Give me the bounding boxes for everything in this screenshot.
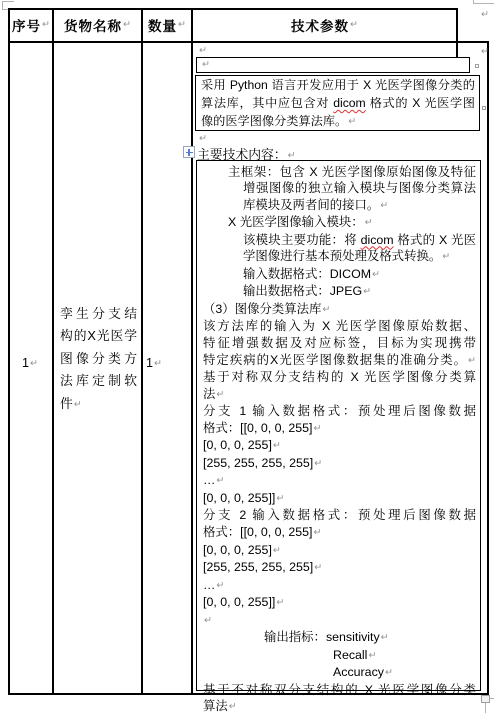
paragraph-mark: ↵ [199,45,207,56]
text-line: 像的医学图像分类算法库。↵ [201,113,475,131]
move-arrow-icon [188,149,190,156]
paragraph-mark: ↵ [348,116,356,127]
text-line: 该方法库的输入为 X 光医学图像原始数据、 [197,318,480,335]
text-line: （3）图像分类算法库↵ [197,301,480,319]
header-label: 序号 [12,15,41,35]
cell-end-mark: ↵ [178,19,186,30]
paragraph-mark: ↵ [229,701,237,712]
document-page: 序号↵ 货物名称↵ 数量↵ 技术参数↵ ↵ ↵ 1↵ 孪生分支结构的X光医学图像… [0,0,494,713]
tech-content-textbox[interactable]: 主框架：包含 X 光医学图像原始图像及特征增强图像的独立输入模块与图像分类算法库… [196,160,481,691]
intro-textbox[interactable]: 采用 Python 语言开发应用于 X 光医学图像分类的算法库，其中应包含对 d… [195,75,480,131]
paragraph-mark: ↵ [381,632,389,643]
header-label: 数量 [148,15,177,35]
paragraph-mark: ↵ [385,667,393,678]
text-line: 特定疾病的X光医学图像数据集的准确分类。↵ [197,352,480,370]
text-line: Accuracy↵ [197,664,480,682]
text-line: 输出数据格式：JPEG↵ [197,283,480,301]
paragraph-mark: ↵ [314,458,322,469]
paragraph-mark: ↵ [365,217,373,228]
text-line: [0, 0, 0, 255]]↵ [197,490,480,508]
paragraph-mark: ↵ [216,580,224,591]
cell-end-mark: ↵ [30,358,38,369]
paragraph-mark: ↵ [368,650,376,661]
handle-guide-line [490,698,494,699]
text-line: 件↵ [60,393,137,416]
cell-end-mark: ↵ [42,19,50,30]
paragraph-mark: ↵ [363,286,371,297]
paragraph-mark: ↵ [199,133,207,144]
header-cell-index: 序号↵ [10,8,52,41]
text-line: 输入数据格式：DICOM↵ [197,266,480,284]
paragraph-mark: ↵ [276,493,284,504]
cell-quantity-value: 1↵ [146,356,162,370]
cell-end-mark: ↵ [154,358,162,369]
table-border [456,8,458,57]
empty-textbox[interactable]: ↵ [196,57,470,73]
text-line: 法库定制软 [60,370,137,392]
text-line: 法↵ [197,386,480,404]
text-line: 采用 Python 语言开发应用于 X 光医学图像分类的 [201,77,475,95]
text-line: ↵ [197,612,480,630]
cell-goods-name: 孪生分支结构的X光医学图像分类方法库定制软件↵ [60,303,137,416]
row-end-mark: ↵ [481,46,489,57]
text-line: [0, 0, 0, 255]↵ [197,437,480,455]
text-line: 图像分类方 [60,348,137,370]
textbox-handle[interactable] [475,64,479,68]
header-cell-goods-name: 货物名称↵ [54,8,141,41]
header-label: 技术参数 [291,15,349,35]
text-line: 孪生分支结 [60,303,137,325]
text-line: [0, 0, 0, 255]]↵ [197,594,480,612]
paragraph-mark: ↵ [314,527,322,538]
paragraph-mark: ↵ [322,304,330,315]
move-handle-icon[interactable] [183,146,195,158]
textbox-handle[interactable] [482,106,486,110]
paragraph-mark: ↵ [273,545,281,556]
paragraph-mark: ↵ [204,615,212,626]
text-line: [0, 0, 0, 255]↵ [197,542,480,560]
text-line: Recall↵ [197,647,480,665]
text-line: …↵ [197,577,480,595]
quantity-value: 1 [146,356,153,370]
text-line: 该模块主要功能：将 dicom 格式的 X 光医 [197,232,480,249]
handle-guide-line [485,703,486,713]
header-cell-tech-params: 技术参数↵ [193,8,456,41]
paragraph-mark: ↵ [380,200,388,211]
index-value: 1 [22,356,29,370]
text-line: 分支 2 输入数据格式：预处理后图像数据 [197,507,480,524]
paragraph-mark: ↵ [442,251,450,262]
text-line: 特征增强数据及对应标签，目标为实现携带 [197,335,480,352]
table-border [8,41,489,43]
text-line: 增强图像的独立输入模块与图像分类算法 [197,180,480,197]
paragraph-mark: ↵ [273,440,281,451]
paragraph-mark: ↵ [314,562,322,573]
paragraph-mark: ↵ [74,399,82,410]
cell-end-mark: ↵ [123,19,131,30]
page-corner-mark [473,3,494,4]
text-line: 基于对称双分支结构的 X 光医学图像分类算 [197,369,480,386]
header-cell-quantity: 数量↵ [143,8,191,41]
header-label: 货物名称 [64,15,122,35]
cell-end-mark: ↵ [350,19,358,30]
text-line: 构的X光医学 [60,325,137,347]
table-border [141,8,143,695]
text-line: …↵ [197,472,480,490]
table-border [191,8,193,695]
cell-index-value: 1↵ [8,356,52,370]
text-line: [255, 255, 255, 255]↵ [197,559,480,577]
text-line: 分支 1 输入数据格式：预处理后图像数据 [197,403,480,420]
text-line: 库模块及两者间的接口。↵ [197,197,480,215]
text-line: X 光医学图像输入模块：↵ [197,214,480,232]
paragraph-mark: ↵ [314,423,322,434]
text-line: 输出指标：sensitivity↵ [197,629,480,647]
text-line: 基于不对称双分支结构的 X 光医学图像分类 [197,682,480,699]
text-line: 格式：[[0, 0, 0, 255]↵ [197,524,480,542]
text-line: 格式：[[0, 0, 0, 255]↵ [197,420,480,438]
row-end-mark: ↵ [481,9,489,20]
paragraph-mark: ↵ [202,59,210,70]
paragraph-mark: ↵ [216,475,224,486]
text-line: 学图像进行基本预处理及格式转换。↵ [197,248,480,266]
text-line: 主框架：包含 X 光医学图像原始图像及特征 [197,164,480,181]
table-resize-handle[interactable] [481,695,490,703]
paragraph-mark: ↵ [372,269,380,280]
table-border [52,8,54,695]
text-line: [255, 255, 255, 255]↵ [197,455,480,473]
text-line: 算法↵ [197,698,480,713]
table-border [8,8,10,695]
paragraph-mark: ↵ [216,389,224,400]
paragraph-mark: ↵ [276,597,284,608]
paragraph-mark: ↵ [468,355,476,366]
table-border [487,41,489,695]
text-line: 算法库，其中应包含对 dicom 格式的 X 光医学图 [201,95,475,113]
